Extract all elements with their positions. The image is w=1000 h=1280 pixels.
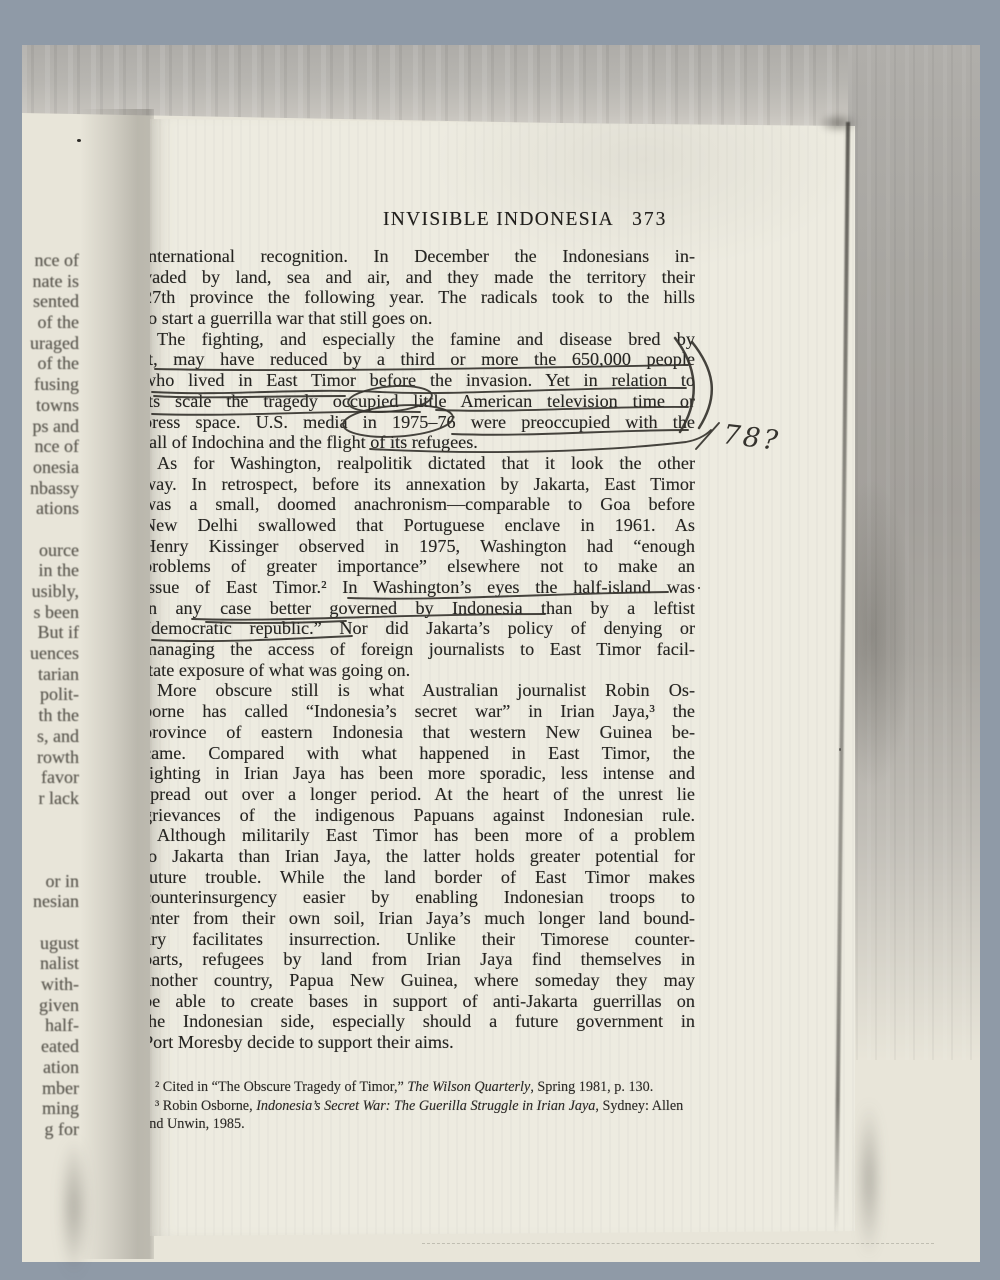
scanner-right-shadow	[848, 45, 980, 1060]
left-page-text-fragment: onesia	[22, 457, 79, 478]
ink-speck	[698, 587, 700, 589]
footnote-text: , Spring 1981, p. 130.	[530, 1079, 653, 1095]
left-page-text-fragment: eated	[22, 1036, 79, 1057]
left-page-text-fragment: g for	[22, 1119, 79, 1140]
body-line: grievances of the indigenous Papuans aga…	[150, 805, 695, 826]
left-page-text-fragment: tarian	[22, 664, 79, 685]
body-line: in any case better governed by Indonesia…	[150, 598, 695, 619]
footnote-title-italic: The Wilson Quarterly	[407, 1079, 530, 1095]
footnote-text: ² Cited in “The Obscure Tragedy of Timor…	[155, 1079, 407, 1095]
body-line: Port Moresby decide to support their aim…	[150, 1032, 695, 1053]
left-page-text-fragment	[22, 850, 79, 871]
body-line: ary facilitates insurrection. Unlike the…	[150, 929, 695, 950]
body-line: the Indonesian side, especially should a…	[150, 1011, 695, 1032]
left-page-text-fragment: fusing	[22, 374, 79, 395]
left-page-text-fragment: s been	[22, 602, 79, 623]
left-page-text-fragment: ation	[22, 1057, 79, 1078]
body-line: was a small, doomed anachronism—comparab…	[150, 494, 695, 515]
left-page-text-fragment: uences	[22, 643, 79, 664]
toner-smudge	[858, 1100, 880, 1260]
body-line: to Jakarta than Irian Jaya, the latter h…	[150, 846, 695, 867]
body-line: itate exposure of what was going on.	[150, 660, 695, 681]
page-number: 373	[632, 209, 667, 230]
left-page-text-fragment: rowth	[22, 747, 79, 768]
body-line: issue of East Timor.² In Washington’s ey…	[150, 577, 695, 598]
book-gutter-shadow	[80, 109, 154, 1259]
chapter-title: INVISIBLE INDONESIA	[383, 209, 614, 230]
body-line: As for Washington, realpolitik dictated …	[150, 453, 695, 474]
left-page-text-fragment: favor	[22, 767, 79, 788]
footnote-text: ³ Robin Osborne,	[155, 1098, 256, 1114]
body-line: More obscure still is what Australian jo…	[150, 680, 695, 701]
footnote-line: ² Cited in “The Obscure Tragedy of Timor…	[150, 1078, 709, 1097]
body-line: its scale the tragedy occupied little Am…	[150, 391, 695, 412]
left-page-text-fragment: s, and	[22, 726, 79, 747]
toner-smudge	[60, 1137, 88, 1277]
left-page-text-fragment: ource	[22, 540, 79, 561]
left-page-text-fragment: of the	[22, 312, 79, 333]
body-line: to start a guerrilla war that still goes…	[150, 308, 695, 329]
body-line: be able to create bases in support of an…	[150, 991, 695, 1012]
body-line: another country, Papua New Guinea, where…	[150, 970, 695, 991]
left-page-text-fragment: nbassy	[22, 478, 79, 499]
left-page-text-fragment: or in	[22, 871, 79, 892]
left-page-text-fragment: polit-	[22, 684, 79, 705]
ink-speck	[839, 748, 841, 751]
left-page-text-fragment: th the	[22, 705, 79, 726]
left-page-text-fragment: nalist	[22, 953, 79, 974]
footnote-line: and Unwin, 1985.	[150, 1115, 709, 1134]
left-page-text-fragment: half-	[22, 1015, 79, 1036]
body-line: “democratic republic.” Nor did Jakarta’s…	[150, 618, 695, 639]
body-line: borne has called “Indonesia’s secret war…	[150, 701, 695, 722]
footnote-title-italic: Indonesia’s Secret War: The Guerilla Str…	[256, 1098, 595, 1114]
body-line: it, may have reduced by a third or more …	[150, 349, 695, 370]
left-page-text-fragment	[22, 829, 79, 850]
left-page-text-fragment: in the	[22, 560, 79, 581]
left-page-text-fragment: with-	[22, 974, 79, 995]
body-line: New Delhi swallowed that Portuguese encl…	[150, 515, 695, 536]
left-page-text-fragment: mber	[22, 1078, 79, 1099]
body-line: counterinsurgency easier by enabling Ind…	[150, 887, 695, 908]
body-line: spread out over a longer period. At the …	[150, 784, 695, 805]
photocopied-book-page-scan: nce ofnate issentedof theuragedof thefus…	[0, 0, 1000, 1280]
body-line: managing the access of foreign journalis…	[150, 639, 695, 660]
left-page-text-fragment	[22, 519, 79, 540]
body-line: fighting in Irian Jaya has been more spo…	[150, 763, 695, 784]
left-page-text-fragment: nce of	[22, 436, 79, 457]
left-page-text-fragment: of the	[22, 353, 79, 374]
body-line: 27th province the following year. The ra…	[150, 287, 695, 308]
left-page-text-fragment: sented	[22, 291, 79, 312]
body-line: fall of Indochina and the flight of its …	[150, 432, 695, 453]
footnote-line: ³ Robin Osborne, Indonesia’s Secret War:…	[150, 1097, 709, 1116]
running-head: INVISIBLE INDONESIA373	[383, 209, 667, 231]
crease-line	[422, 1243, 934, 1244]
left-page-text-fragment: nesian	[22, 891, 79, 912]
body-line: who lived in East Timor before the invas…	[150, 370, 695, 391]
body-line: enter from their own soil, Irian Jaya’s …	[150, 908, 695, 929]
body-line: way. In retrospect, before its annexatio…	[150, 474, 695, 495]
left-page-text-fragment: r lack	[22, 788, 79, 809]
left-page-text-fragment	[22, 809, 79, 830]
body-line: international recognition. In December t…	[150, 246, 695, 267]
left-page-text-fragment: ps and	[22, 416, 79, 437]
left-page-text-fragment: uraged	[22, 333, 79, 354]
body-line: parts, refugees by land from Irian Jaya …	[150, 949, 695, 970]
footnotes: ² Cited in “The Obscure Tragedy of Timor…	[150, 1078, 709, 1134]
footnote-text: , Sydney: Allen	[595, 1098, 683, 1114]
body-line: future trouble. While the land border of…	[150, 867, 695, 888]
page-text-area: INVISIBLE INDONESIA373 international rec…	[150, 112, 856, 1238]
left-page-text-fragment: usibly,	[22, 581, 79, 602]
body-line: press space. U.S. media in 1975–76 were …	[150, 412, 695, 433]
left-page-text-fragment: But if	[22, 622, 79, 643]
body-line: province of eastern Indonesia that weste…	[150, 722, 695, 743]
left-page-text-fragment: towns	[22, 395, 79, 416]
body-line: The fighting, and especially the famine …	[150, 329, 695, 350]
body-text: international recognition. In December t…	[150, 246, 695, 1053]
adjacent-page-text-bleed: nce ofnate issentedof theuragedof thefus…	[22, 250, 79, 1140]
footnote-text: and Unwin, 1985.	[150, 1116, 245, 1132]
body-line: problems of greater importance” elsewher…	[150, 556, 695, 577]
body-line: came. Compared with what happened in Eas…	[150, 743, 695, 764]
left-page-text-fragment: nce of	[22, 250, 79, 271]
left-page-text-fragment: nate is	[22, 271, 79, 292]
left-page-text-fragment: ming	[22, 1098, 79, 1119]
left-page-text-fragment: ugust	[22, 933, 79, 954]
body-line: vaded by land, sea and air, and they mad…	[150, 267, 695, 288]
left-page-text-fragment: given	[22, 995, 79, 1016]
left-page-text-fragment: ations	[22, 498, 79, 519]
ink-speck	[77, 139, 81, 142]
body-line: Henry Kissinger observed in 1975, Washin…	[150, 536, 695, 557]
left-page-text-fragment	[22, 912, 79, 933]
body-line: Although militarily East Timor has been …	[150, 825, 695, 846]
